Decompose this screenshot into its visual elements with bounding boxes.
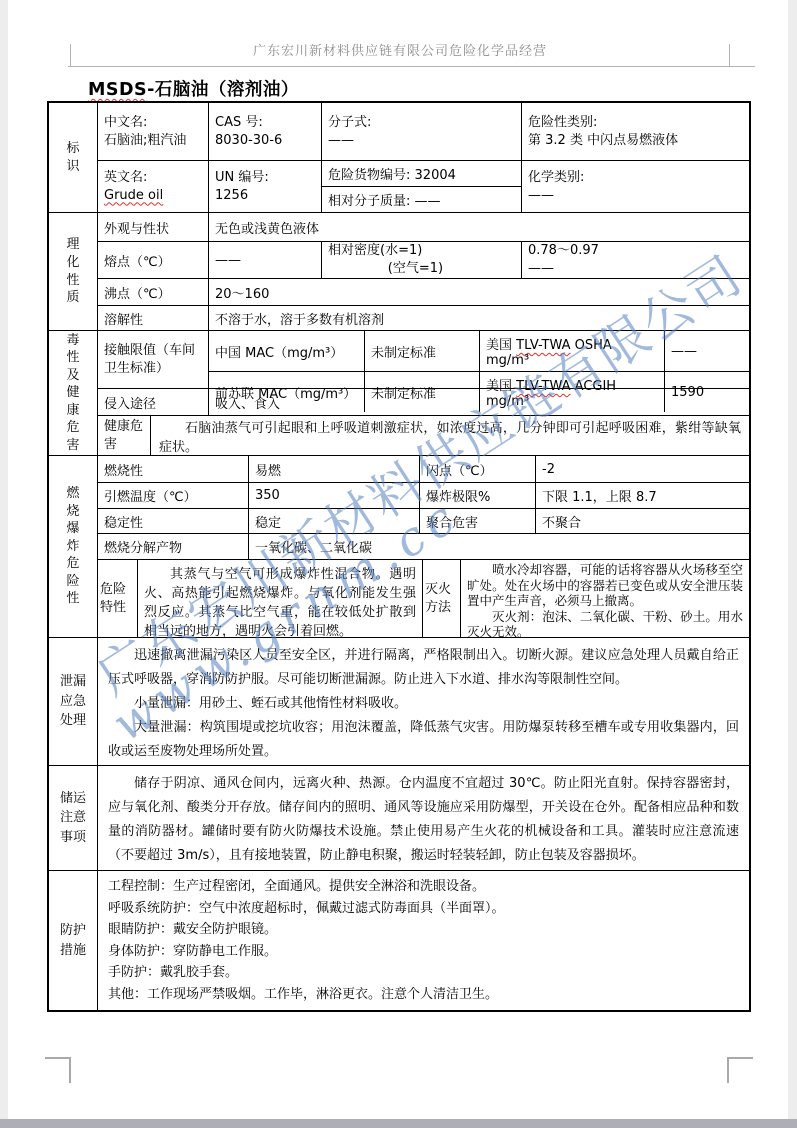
section-label-storage: 储运注意事项 xyxy=(49,766,98,870)
protection-line-respiratory: 呼吸系统防护：空气中浓度超标时，佩戴过滤式防毒面具（半面罩）。 xyxy=(108,898,739,920)
header-margin-tick-right xyxy=(729,44,730,67)
title-msds: MSDS xyxy=(88,80,147,100)
cell-flash-point-label: 闪点（℃） xyxy=(419,456,535,482)
footer-mark-right-vertical xyxy=(727,1057,729,1083)
cell-explosion-limit-label: 爆炸极限% xyxy=(419,483,535,508)
cell-leak-emergency-text: 迅速撤离泄漏污染区人员至安全区，并进行隔离，严格限制出入。切断火源。建议应急处理… xyxy=(98,638,749,765)
cell-decomposition-value: 一氧化碳、二氧化碳 xyxy=(248,534,749,559)
cell-exposure-limit-label: 接触限值（车间卫生标准） xyxy=(98,331,208,388)
cell-flammability-value: 易燃 xyxy=(248,456,419,482)
cell-boiling-value: 20～160 xyxy=(208,279,749,305)
section-toxicity-health: 毒性及健康危害 接触限值（车间卫生标准） 中国 MAC（mg/m³） 未制定标准… xyxy=(49,330,749,455)
cell-appearance-label: 外观与性状 xyxy=(98,213,208,241)
cell-cas-number: CAS 号: 8030-30-6 xyxy=(208,103,321,160)
cell-solubility-value: 不溶于水，溶于多数有机溶剂 xyxy=(208,306,749,330)
section-protective-measures: 防护措施 工程控制：生产过程密闭，全面通风。提供安全淋浴和洗眼设备。 呼吸系统防… xyxy=(49,870,749,1010)
page-header-company: 广东宏川新材料供应链有限公司危险化学品经营 xyxy=(70,40,730,59)
title-rest: -石脑油（溶剂油） xyxy=(147,80,299,100)
cell-dangerous-goods-number: 危险货物编号: 32004 xyxy=(322,161,521,186)
page-bottom-bar xyxy=(0,1119,797,1128)
cell-molecular-weight: 相对分子质量: —— xyxy=(322,187,521,212)
cell-boiling-label: 沸点（℃） xyxy=(98,279,208,305)
footer-mark-left-horizontal xyxy=(45,1057,71,1059)
cell-polymerization-label: 聚合危害 xyxy=(419,509,535,533)
section-physical-properties: 理化性质 外观与性状 无色或浅黄色液体 熔点（℃） —— 相对密度(水=1) (… xyxy=(49,212,749,330)
cell-osha-label: 美国 TLV-TWA OSHA mg/m³ xyxy=(479,331,664,371)
protection-line-body: 身体防护：穿防静电工作服。 xyxy=(108,941,739,963)
cell-flash-point-value: -2 xyxy=(535,456,749,482)
cell-melting-value: —— xyxy=(208,242,321,278)
footer-mark-left-vertical xyxy=(69,1057,71,1083)
cell-molecular-formula: 分子式: —— xyxy=(321,103,521,160)
cell-decomposition-label: 燃烧分解产物 xyxy=(98,534,248,559)
cell-english-name: 英文名: Grude oil xyxy=(98,161,208,212)
cell-china-mac-label: 中国 MAC（mg/m³） xyxy=(209,331,364,371)
protection-line-engineering: 工程控制：生产过程密闭，全面通风。提供安全淋浴和洗眼设备。 xyxy=(108,876,739,898)
footer-mark-right-horizontal xyxy=(727,1057,753,1059)
header-rule xyxy=(68,66,755,67)
section-identification: 标识 中文名: 石脑油;粗汽油 CAS 号: 8030-30-6 分子式: —— xyxy=(49,103,749,212)
section-label-toxicity: 毒性及健康危害 xyxy=(49,331,98,455)
cell-china-mac-value: 未制定标准 xyxy=(364,331,479,371)
section-fire-explosion: 燃烧爆炸危险性 燃烧性 易燃 闪点（℃） -2 引燃温度（℃） 350 爆炸极限… xyxy=(49,455,749,637)
page-right-margin xyxy=(788,0,797,1128)
cell-density-label: 相对密度(水=1) (空气=1) xyxy=(321,242,521,278)
cell-explosion-limit-value: 下限 1.1，上限 8.7 xyxy=(535,483,749,508)
cell-hazard-characteristics-label: 危险特性 xyxy=(98,560,137,637)
section-label-fire: 燃烧爆炸危险性 xyxy=(49,456,98,637)
section-label-physical: 理化性质 xyxy=(49,213,98,330)
cell-entry-route-value: 吸入、食入 xyxy=(208,389,749,415)
cell-solubility-label: 溶解性 xyxy=(98,306,208,330)
cell-stability-label: 稳定性 xyxy=(98,509,248,533)
section-storage-transport: 储运注意事项 储存于阴凉、通风仓间内，远离火种、热源。仓内温度不宜超过 30℃。… xyxy=(49,765,749,870)
cell-health-hazard-label: 健康危害 xyxy=(98,416,150,455)
cell-extinguishing-method-value: 喷水冷却容器，可能的话将容器从火场移至空旷处。处在火场中的容器若已变色或从安全泄… xyxy=(460,560,749,637)
document-title: MSDS-石脑油（溶剂油） xyxy=(88,76,299,101)
section-label-identification: 标识 xyxy=(49,103,98,212)
cell-melting-label: 熔点（℃） xyxy=(98,242,208,278)
cell-ignition-temp-label: 引燃温度（℃） xyxy=(98,483,248,508)
cell-entry-route-label: 侵入途径 xyxy=(98,389,208,415)
cell-stability-value: 稳定 xyxy=(248,509,419,533)
cell-chinese-name: 中文名: 石脑油;粗汽油 xyxy=(98,103,208,160)
section-label-protection: 防护措施 xyxy=(49,871,98,1010)
cell-density-value: 0.78～0.97 —— xyxy=(521,242,749,278)
section-leak-emergency: 泄漏应急处理 迅速撤离泄漏污染区人员至安全区，并进行隔离，严格限制出入。切断火源… xyxy=(49,637,749,765)
cell-un-number: UN 编号: 1256 xyxy=(208,161,321,212)
cell-protective-measures-text: 工程控制：生产过程密闭，全面通风。提供安全淋浴和洗眼设备。 呼吸系统防护：空气中… xyxy=(98,871,749,1010)
cell-appearance-value: 无色或浅黄色液体 xyxy=(208,213,749,241)
cell-osha-value: —— xyxy=(664,331,749,371)
cell-polymerization-value: 不聚合 xyxy=(535,509,749,533)
cell-health-hazard-value: 石脑油蒸气可引起眼和上呼吸道刺激症状，如浓度过高，几分钟即可引起呼吸困难，紫绀等… xyxy=(150,416,749,455)
protection-line-other: 其他：工作现场严禁吸烟。工作毕，淋浴更衣。注意个人清洁卫生。 xyxy=(108,984,739,1006)
cell-ignition-temp-value: 350 xyxy=(248,483,419,508)
cell-chemical-category: 化学类别: —— xyxy=(521,161,749,212)
header-margin-tick-left xyxy=(70,44,71,67)
cell-flammability-label: 燃烧性 xyxy=(98,456,248,482)
cell-hazard-class: 危险性类别: 第 3.2 类 中闪点易燃液体 xyxy=(521,103,749,160)
msds-table: 标识 中文名: 石脑油;粗汽油 CAS 号: 8030-30-6 分子式: —— xyxy=(47,101,751,1012)
protection-line-hand: 手防护：戴乳胶手套。 xyxy=(108,962,739,984)
section-label-leak: 泄漏应急处理 xyxy=(49,638,98,765)
cell-extinguishing-method-label: 灭火方法 xyxy=(422,560,460,637)
page-left-margin xyxy=(0,0,8,1128)
protection-line-eye: 眼睛防护：戴安全防护眼镜。 xyxy=(108,919,739,941)
cell-hazard-characteristics-value: 其蒸气与空气可形成爆炸性混合物。遇明火、高热能引起燃烧爆炸。与氧化剂能发生强烈反… xyxy=(137,560,422,637)
cell-storage-transport-text: 储存于阴凉、通风仓间内，远离火种、热源。仓内温度不宜超过 30℃。防止阳光直射。… xyxy=(98,766,749,870)
